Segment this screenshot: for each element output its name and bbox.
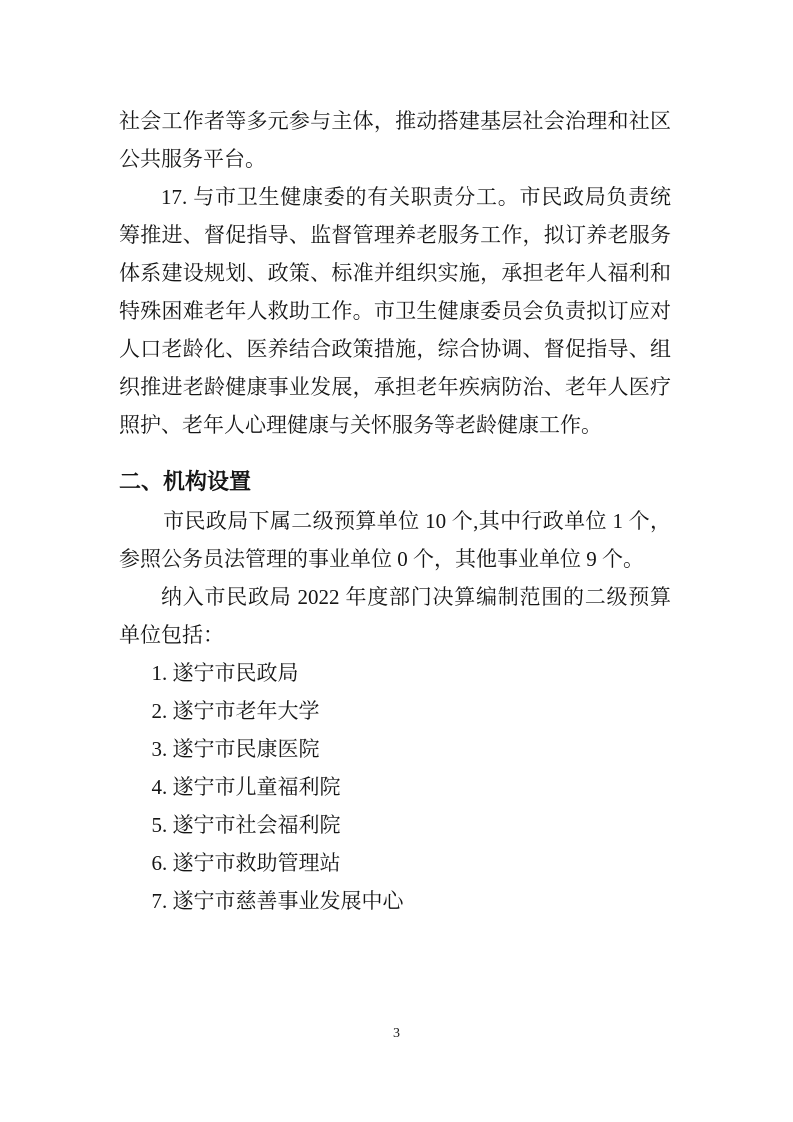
- unit-list-item: 1. 遂宁市民政局: [119, 654, 671, 692]
- paragraph-scope-intro: 纳入市民政局 2022 年度部门决算编制范围的二级预算单位包括：: [119, 578, 671, 654]
- paragraph-continuation: 社会工作者等多元参与主体，推动搭建基层社会治理和社区公共服务平台。: [119, 102, 671, 178]
- page-number: 3: [0, 1022, 793, 1046]
- unit-list-item: 2. 遂宁市老年大学: [119, 692, 671, 730]
- unit-list: 1. 遂宁市民政局 2. 遂宁市老年大学 3. 遂宁市民康医院 4. 遂宁市儿童…: [119, 654, 671, 920]
- unit-list-item: 5. 遂宁市社会福利院: [119, 806, 671, 844]
- paragraph-item-17: 17. 与市卫生健康委的有关职责分工。市民政局负责统筹推进、督促指导、监督管理养…: [119, 178, 671, 444]
- section-heading: 二、机构设置: [119, 462, 671, 502]
- unit-list-item: 3. 遂宁市民康医院: [119, 730, 671, 768]
- document-body: 社会工作者等多元参与主体，推动搭建基层社会治理和社区公共服务平台。 17. 与市…: [119, 102, 671, 920]
- paragraph-org-summary: 市民政局下属二级预算单位 10 个,其中行政单位 1 个，参照公务员法管理的事业…: [119, 502, 671, 578]
- document-page: 社会工作者等多元参与主体，推动搭建基层社会治理和社区公共服务平台。 17. 与市…: [0, 0, 793, 1122]
- unit-list-item: 7. 遂宁市慈善事业发展中心: [119, 882, 671, 920]
- unit-list-item: 6. 遂宁市救助管理站: [119, 844, 671, 882]
- unit-list-item: 4. 遂宁市儿童福利院: [119, 768, 671, 806]
